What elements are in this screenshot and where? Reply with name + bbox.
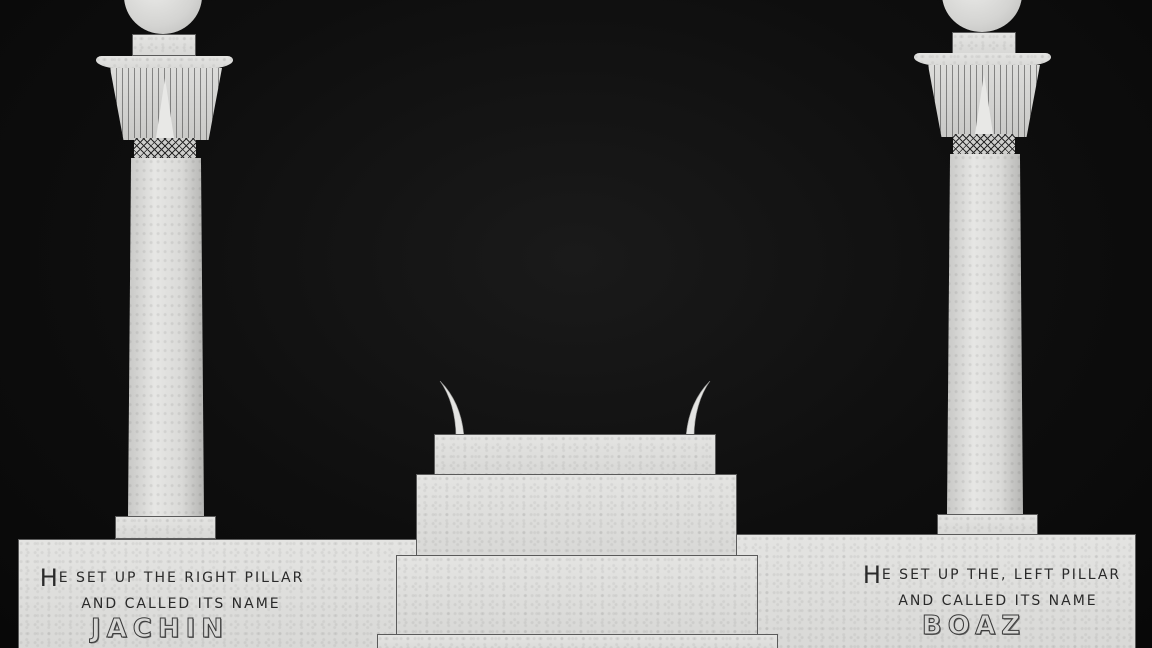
pillar-name-boaz: BOAZ: [811, 611, 1137, 641]
pillar-collar-left: [134, 138, 196, 158]
base-slab-left: HE SET UP THE RIGHT PILLAR AND CALLED IT…: [18, 539, 418, 648]
inscription-line-1: HE SET UP THE RIGHT PILLAR: [27, 564, 317, 592]
inscription-jachin: HE SET UP THE RIGHT PILLAR AND CALLED IT…: [27, 564, 317, 644]
pillar-collar-right: [953, 134, 1015, 154]
inscription-boaz: HE SET UP THE, LEFT PILLAR AND CALLED IT…: [847, 561, 1137, 641]
altar-tier-lower: [396, 555, 758, 636]
drop-cap: H: [40, 564, 58, 592]
pillar-shaft-left: [128, 158, 204, 516]
pillar-plinth-right: [937, 514, 1038, 535]
pillar-name-jachin: JACHIN: [3, 614, 317, 644]
altar-horn-left: [438, 381, 464, 437]
inscription-line-1: HE SET UP THE, LEFT PILLAR: [847, 561, 1137, 589]
illustration-plate: HE SET UP THE RIGHT PILLAR AND CALLED IT…: [0, 0, 1152, 648]
altar-tier-top: [434, 434, 716, 475]
pillar-orb-left: [124, 0, 202, 34]
pillar-capital-rim-right: [914, 53, 1051, 67]
inscription-line-2: AND CALLED ITS NAME: [45, 596, 317, 612]
pillar-abacus-left: [132, 34, 196, 56]
altar-tier-bottom: [377, 634, 778, 648]
altar-tier-upper: [416, 474, 737, 556]
lotus-leaf-ornament: [156, 78, 174, 138]
base-slab-right: HE SET UP THE, LEFT PILLAR AND CALLED IT…: [736, 534, 1136, 648]
pillar-plinth-left: [115, 516, 216, 539]
pillar-abacus-right: [952, 32, 1016, 54]
pillar-orb-right: [942, 0, 1022, 32]
pillar-capital-rim-left: [96, 56, 233, 70]
altar-horn-right: [686, 381, 712, 437]
inscription-line-2: AND CALLED ITS NAME: [859, 593, 1137, 609]
pillar-shaft-right: [947, 154, 1023, 514]
drop-cap: H: [863, 561, 881, 589]
lotus-leaf-ornament: [975, 74, 993, 134]
